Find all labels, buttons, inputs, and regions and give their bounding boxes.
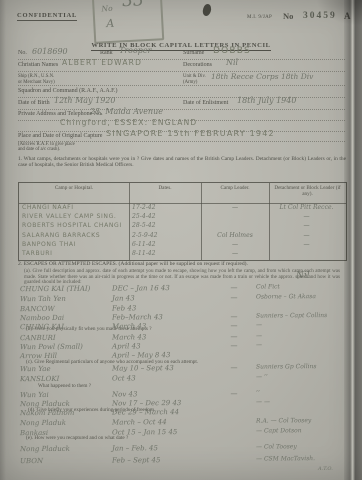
camp-dates: Feb – Sept 45	[112, 456, 160, 464]
enlistment-value: 18th July 1940	[237, 97, 296, 105]
detachment-cell: —	[270, 241, 343, 248]
camp-cell: SALARANG BARRACKS	[22, 232, 100, 239]
capture-label: Place and Date of Original Capture	[18, 133, 102, 140]
page-left-shadow	[0, 0, 6, 480]
camp-mid-dash: —	[222, 322, 246, 330]
dates-cell: 8-11-42	[132, 250, 156, 257]
camp-dates: Oct 15 – Jan 15 45	[112, 428, 177, 436]
camp-list-row: Wun Powl (Small) April 43 — —	[18, 341, 356, 343]
camp-name: Wun Powl (Small)	[20, 343, 83, 351]
enlistment-label: Date of Enlistment	[183, 100, 228, 107]
camp-name: BANCOW	[20, 305, 55, 313]
section2-question-c2: What happened to them ?	[38, 383, 91, 389]
camp-list-row: Nong Pladuk March – Oct 44 R.A. — Col To…	[18, 417, 356, 419]
camp-name: Nong Pladuk	[20, 419, 66, 427]
camp-name: Nong Pladuck	[20, 400, 70, 408]
camp-name: Wun Tah Yen	[20, 295, 66, 303]
section1-heading: 1. What camps, detachments or hospitals …	[18, 156, 346, 168]
service-number-value: 6018690	[32, 48, 68, 56]
camp-name: CANBURI	[20, 334, 56, 342]
stamp-number: 33	[122, 0, 145, 11]
page-right-edge	[344, 0, 362, 480]
camps-table: Camp or Hospital. Dates. Camp Leader. De…	[18, 182, 347, 261]
camp-list-row: KANSLOKI Oct 43 — ’’	[18, 373, 356, 375]
detachment-cell: —	[270, 232, 343, 239]
camp-dates: April – May 8 43	[112, 351, 170, 359]
leader-cell: —	[203, 250, 267, 257]
camp-dates: Nov 43	[112, 390, 137, 398]
camp-list-row: UBON Feb – Sept 45 — CSM MacTavish.	[18, 455, 356, 457]
camp-cell: BANPONG THAI	[22, 241, 76, 248]
footnote-ato: A.T.O.	[318, 466, 333, 472]
no-label: No.	[18, 50, 27, 57]
capture-value: SINGAPORE 15th FEBRUARY 1942	[106, 130, 275, 138]
pow-record-form: CONFIDENTIAL No 33 A M.I. 9/JAP No 30459…	[0, 0, 362, 480]
dates-cell: 17-2-42	[132, 204, 156, 211]
form-reference: M.I. 9/JAP	[247, 15, 272, 20]
dates-cell: 28-5-42	[132, 222, 156, 229]
camp-name: Wun Yae	[20, 365, 51, 373]
camp-dates: Jan 43	[112, 294, 135, 302]
stamp-no-label: No	[101, 4, 113, 14]
camp-name: Namboo Dai	[20, 314, 64, 322]
stamp-letter: A	[106, 17, 115, 30]
col-header-camp: Camp or Hospital.	[19, 186, 129, 192]
detachment-cell: —	[270, 213, 343, 220]
camp-name: UBON	[20, 457, 43, 465]
serial-no-label: No	[283, 11, 293, 21]
ink-blot	[201, 3, 212, 17]
unit-div-value: 18th Recce Corps 18th Div	[211, 73, 313, 81]
decorations-label: Decorations	[183, 62, 212, 69]
camp-dates: March 43	[112, 333, 146, 341]
camp-name: CHUNG KAI (THAI)	[20, 285, 90, 293]
leader-cell: —	[203, 241, 267, 248]
field-row-birth-enlistment: Date of Birth 12th May 1920 Date of Enli…	[18, 98, 345, 110]
camp-name: KANSLOKI	[20, 375, 59, 383]
camp-cell: RIVER VALLEY CAMP SING.	[22, 213, 116, 220]
page-corner-shadow	[316, 0, 362, 26]
unit-div-label-line2: (Army)	[183, 80, 197, 85]
decorations-value: Nil	[226, 59, 238, 67]
camp-dates: DEC – Jan 16 43	[112, 284, 170, 292]
col-header-dates: Dates.	[129, 186, 201, 192]
camp-list-row: Wun Tah Yen Jan 43 — Osborne – Gt Akasa	[18, 293, 356, 295]
camp-name: Nong Pladuck	[20, 445, 70, 453]
field-row-capture: Place and Date of Original Capture SINGA…	[18, 131, 345, 142]
dates-cell: 25-4-42	[132, 213, 156, 220]
date-of-birth-value: 12th May 1920	[54, 97, 115, 105]
leader-cell: Col Holmes	[203, 232, 267, 239]
camp-dates: Jan – Feb. 45	[112, 444, 158, 452]
christian-names-value: ALBERT EDWARD	[62, 59, 142, 67]
camp-list-row: CANBURI March 43 — —	[18, 332, 356, 334]
col-header-detachment: Detachment or Block Leader (if any).	[269, 186, 346, 198]
camp-dates: Feb 43	[112, 304, 136, 312]
camp-list-row: Bankasi Oct 15 – Jan 15 45 — Capt Dotson	[18, 427, 356, 429]
section2-heading: 2. ESCAPES OR ATTEMPTED ESCAPES. (Additi…	[18, 261, 346, 267]
camp-list-row: Nong Pladuck Jan – Feb. 45 — Col Toosey	[18, 443, 356, 445]
surname-value: DOBBS	[213, 47, 251, 55]
dates-cell: 2-5-9-42	[132, 232, 158, 239]
camp-name: Wun Yai	[20, 391, 49, 399]
unit-div-label-line1: Unit & Div.	[183, 74, 206, 79]
camp-cell: CHANGI NAAFI	[22, 204, 74, 211]
camp-list-row: BANCOW Feb 43	[18, 303, 356, 305]
surname-label: Surname	[183, 50, 204, 57]
camp-dates: May 10 – Sept 43	[112, 364, 174, 372]
capture-sublabel-line2: and date of a/c crash).	[18, 147, 60, 152]
field-row-names-decorations: Christian Names ALBERT EDWARD Decoration…	[18, 60, 345, 72]
camp-mid-dash: —	[222, 294, 246, 302]
table-row: ROBERTS HOSPITAL CHANGI 28-5-42 —	[19, 222, 346, 231]
dates-cell: 6-11-42	[132, 241, 156, 248]
ship-label-line1: Ship (R.N., U.S.N.	[18, 74, 54, 79]
camp-list-row: CHUNG KAI March 43 — —	[18, 321, 356, 323]
camp-mid-dash: —	[222, 313, 246, 321]
camp-name: Nakom Pathom	[20, 409, 74, 417]
table-row: BANPONG THAI 6-11-42 — —	[19, 241, 346, 250]
camp-mid-dash: —	[222, 342, 246, 350]
camp-mid-dash: —	[222, 284, 246, 292]
camp-dates: Nov 17 – Dec 29 43	[112, 399, 181, 407]
christian-names-label: Christian Names	[18, 62, 58, 69]
leader-cell: —	[203, 204, 267, 211]
detachment-cell: —	[270, 222, 343, 229]
camp-mid-dash: —	[222, 333, 246, 341]
squadron-label: Squadron and Command (R.A.F., A.A.F.)	[18, 88, 118, 95]
table-row: CHANGI NAAFI 17-2-42 — Lt Col Pitt Recce…	[19, 204, 346, 213]
camp-name: Arrow Hill	[20, 352, 57, 360]
address-value-line2: Chingford, ESSEX: ENGLAND	[60, 119, 197, 127]
table-row: SALARANG BARRACKS 2-5-9-42 Col Holmes —	[19, 232, 346, 241]
address-value-line1: 25, Maida Avenue	[90, 108, 163, 116]
ship-label-line2: or Merchant Navy)	[18, 80, 55, 85]
confidential-stamp: CONFIDENTIAL	[17, 12, 77, 21]
camp-mid-dash: —	[222, 390, 246, 398]
detachment-cell: Lt Col Pitt Recce.	[270, 204, 343, 211]
camp-cell: TARBURI	[22, 250, 53, 257]
camp-dates: April 43	[112, 342, 141, 350]
camp-cell: ROBERTS HOSPITAL CHANGI	[22, 222, 122, 229]
table-row: RIVER VALLEY CAMP SING. 25-4-42 —	[19, 213, 346, 222]
camp-name: CHUNG KAI	[20, 323, 64, 331]
rank-value: Trooper	[119, 47, 151, 55]
camp-name: Bankasi	[20, 429, 48, 437]
camp-dates: Dec 29 – March 44	[112, 408, 179, 416]
rank-label: Rank	[100, 50, 113, 57]
camp-dates: March – Oct 44	[112, 418, 167, 426]
camp-list-row: Namboo Dai Feb–March 43 — Sunniers – Cap…	[18, 312, 356, 314]
field-row-ship-unit: Ship (R.N., U.S.N. or Merchant Navy) Uni…	[18, 72, 345, 86]
escapes-answer-nil: Nil	[296, 271, 310, 281]
camp-mid-dash: —	[222, 364, 246, 372]
col-header-leader: Camp Leader.	[201, 186, 269, 192]
camp-list-row: Nong Pladuck Nov 17 – Dec 29 43 — —	[18, 398, 356, 400]
camp-list-row: Wun Yai Nov 43 — ’’	[18, 389, 356, 391]
camp-dates: Feb–March 43	[112, 313, 163, 321]
camp-dates: March 43	[112, 322, 146, 330]
date-of-birth-label: Date of Birth	[18, 100, 50, 107]
table-row: TARBURI 8-11-42 —	[19, 250, 346, 259]
camp-dates: Oct 43	[112, 374, 136, 382]
